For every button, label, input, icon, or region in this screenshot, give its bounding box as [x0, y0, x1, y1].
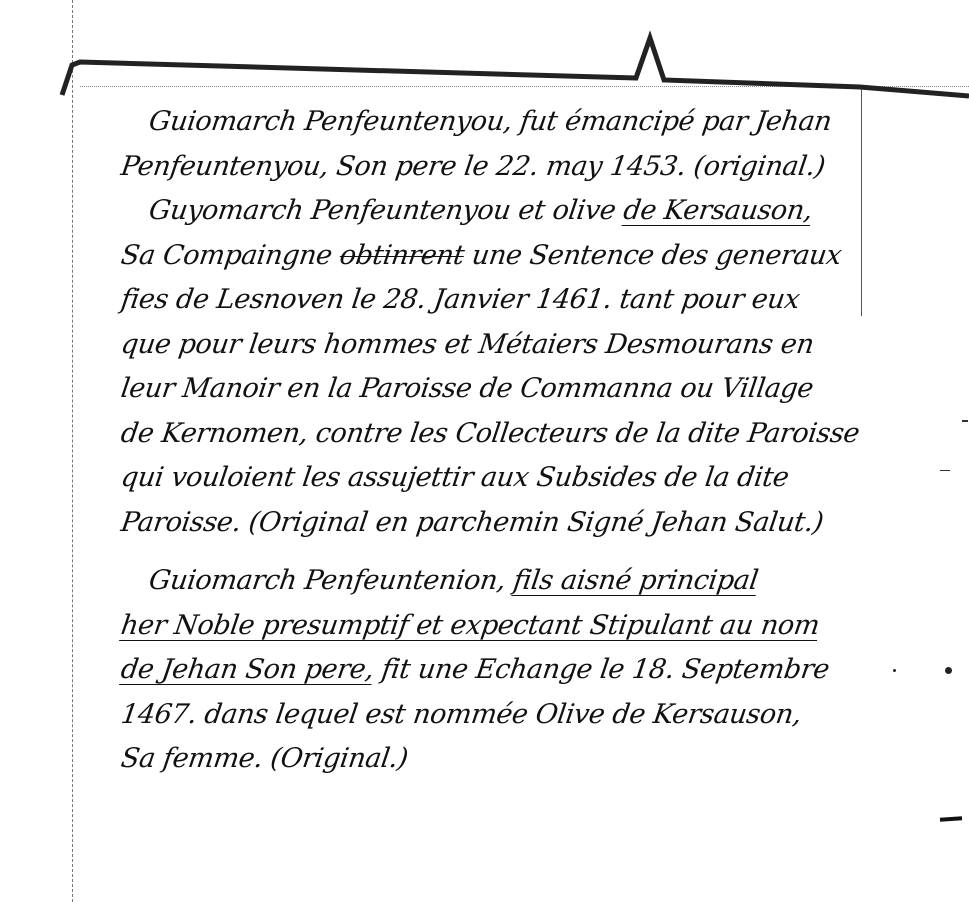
text-line: Sa Compaingne obtinrent une Sentence des…	[118, 234, 884, 279]
text-line: Paroisse. (Original en parchemin Signé J…	[118, 501, 884, 546]
text-line: Guiomarch Penfeuntenion, fils aisné prin…	[118, 559, 884, 604]
margin-dash-mark	[940, 816, 962, 822]
left-margin-line	[72, 0, 74, 902]
ink-speck	[893, 669, 896, 672]
text-line: 1467. dans lequel est nommée Olive de Ke…	[118, 693, 884, 738]
text-line: fies de Lesnoven le 28. Janvier 1461. ta…	[118, 278, 884, 323]
text-line: qui vouloient les assujettir aux Subside…	[118, 456, 884, 501]
text-line: leur Manoir en la Paroisse de Commanna o…	[118, 367, 884, 412]
ink-speck	[945, 667, 952, 674]
text-line: que pour leurs hommes et Métaiers Desmou…	[118, 323, 884, 368]
underlined-text: de Kersauson,	[622, 195, 815, 226]
manuscript-text: Guiomarch Penfeuntenyou, fut émancipé pa…	[118, 100, 878, 782]
header-rule-with-peak	[0, 0, 969, 110]
margin-tick	[940, 470, 950, 471]
underlined-text: de Jehan Son pere,	[119, 654, 376, 685]
text-line: de Kernomen, contre les Collecteurs de l…	[118, 412, 884, 457]
underlined-text: fils aisné principal	[511, 565, 760, 596]
underlined-text-line: her Noble presumptif et expectant Stipul…	[118, 604, 884, 649]
text-span: Sa Compaingne	[119, 240, 342, 271]
text-span: une Sentence des generaux	[462, 240, 844, 271]
paragraph-gap	[118, 545, 878, 559]
paragraph-emancipation: Guiomarch Penfeuntenyou, fut émancipé pa…	[118, 100, 878, 189]
struck-text: obtinrent	[338, 240, 466, 271]
text-span: fit une Echange le 18. Septembre	[371, 654, 831, 685]
manuscript-page: Guiomarch Penfeuntenyou, fut émancipé pa…	[0, 0, 969, 902]
text-span: Guiomarch Penfeuntenion,	[147, 565, 516, 596]
text-line: de Jehan Son pere, fit une Echange le 18…	[118, 648, 884, 693]
text-line: Guyomarch Penfeuntenyou et olive de Kers…	[118, 189, 884, 234]
paragraph-exchange: Guiomarch Penfeuntenion, fils aisné prin…	[118, 559, 878, 782]
margin-tick	[962, 420, 968, 422]
text-line: Penfeuntenyou, Son pere le 22. may 1453.…	[118, 145, 884, 190]
text-line: Guiomarch Penfeuntenyou, fut émancipé pa…	[118, 100, 884, 145]
text-span: Guyomarch Penfeuntenyou et olive	[147, 195, 626, 226]
text-line: Sa femme. (Original.)	[118, 737, 884, 782]
paragraph-sentence: Guyomarch Penfeuntenyou et olive de Kers…	[118, 189, 878, 545]
